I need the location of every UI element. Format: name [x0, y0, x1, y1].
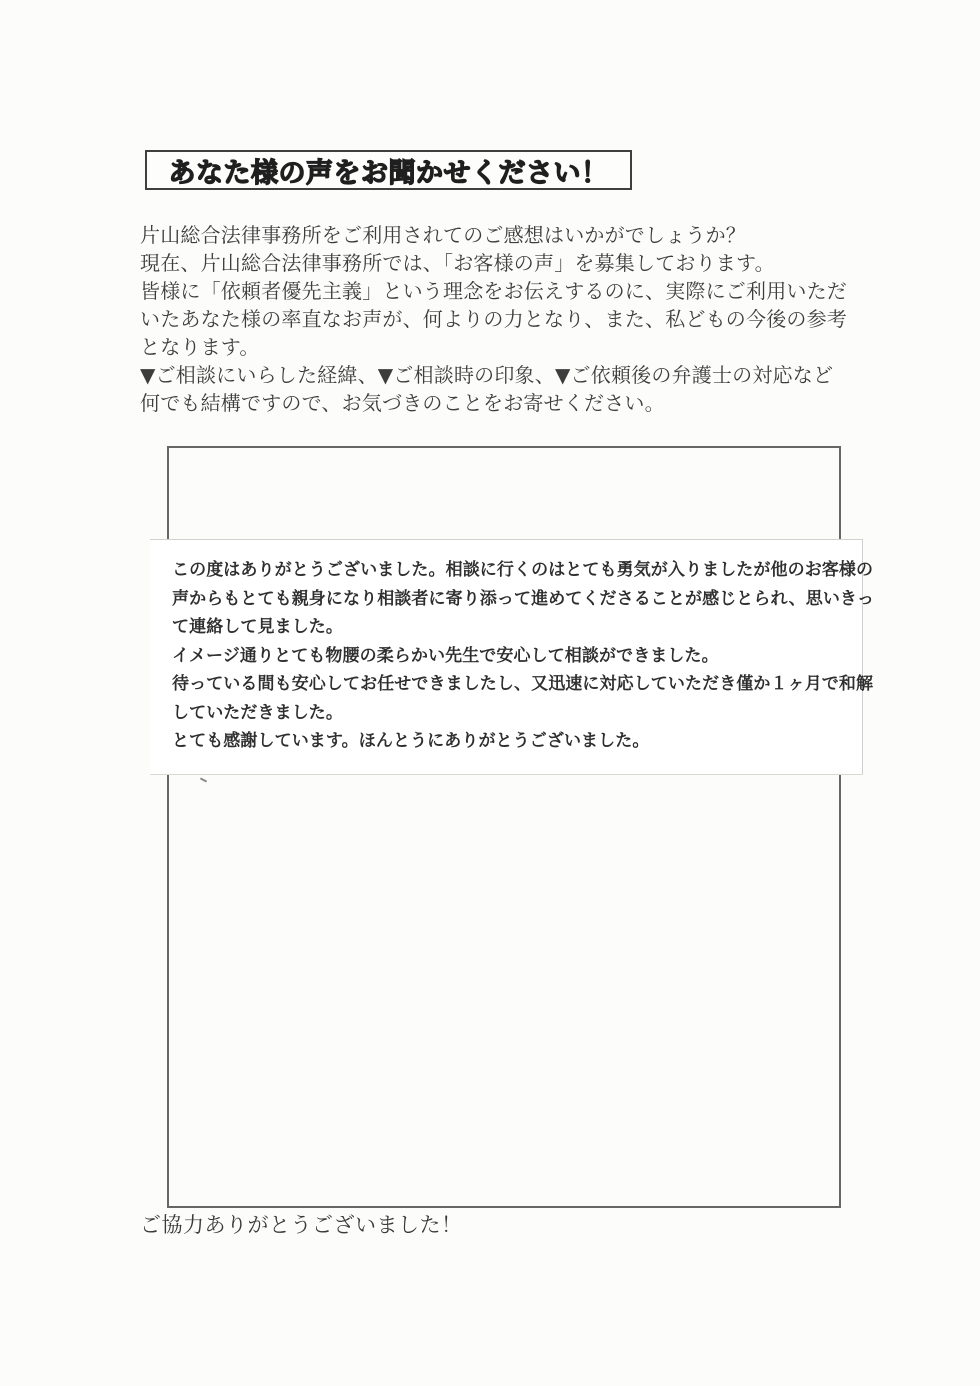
intro-line: ▼ご相談にいらした経緯、▼ご相談時の印象、▼ご依頼後の弁護士の対応など [140, 361, 856, 389]
intro-line: 片山総合法律事務所をご利用されてのご感想はいかがでしょうか？ [140, 221, 856, 249]
intro-line: 何でも結構ですので、お気づきのことをお寄せください。 [140, 389, 856, 417]
intro-line: いたあなた様の率直なお声が、何よりの力となり、また、私どもの今後の参考 [140, 305, 856, 333]
feedback-line: この度はありがとうございました。相談に行くのはとても勇気が入りましたが他のお客様… [172, 556, 860, 585]
feedback-line: 待っている間も安心してお任せできましたし、又迅速に対応していただき僅か１ヶ月で和… [172, 670, 860, 699]
feedback-text: この度はありがとうございました。相談に行くのはとても勇気が入りましたが他のお客様… [172, 556, 860, 756]
intro-paragraph: 片山総合法律事務所をご利用されてのご感想はいかがでしょうか？ 現在、片山総合法律… [140, 221, 856, 417]
feedback-text-strip: この度はありがとうございました。相談に行くのはとても勇気が入りましたが他のお客様… [150, 539, 863, 775]
title-banner: あなた様の声をお聞かせください！ [145, 150, 632, 190]
feedback-line: 声からもとても親身になり相談者に寄り添って進めてくださることが感じとられ、思いき… [172, 585, 860, 614]
closing-note: ご協力ありがとうございました！ [140, 1209, 463, 1239]
feedback-line: とても感謝しています。ほんとうにありがとうございました。 [172, 727, 860, 756]
feedback-line: していただきました。 [172, 699, 860, 728]
intro-line: 皆様に「依頼者優先主義」という理念をお伝えするのに、実際にご利用いただ [140, 277, 856, 305]
intro-line: となります。 [140, 333, 856, 361]
page-title: あなた様の声をお聞かせください！ [169, 151, 609, 190]
feedback-line: て連絡して見ました。 [172, 613, 860, 642]
feedback-line: イメージ通りとても物腰の柔らかい先生で安心して相談ができました。 [172, 642, 860, 671]
intro-line: 現在、片山総合法律事務所では、「お客様の声」を募集しております。 [140, 249, 856, 277]
scanned-document-page: あなた様の声をお聞かせください！ 片山総合法律事務所をご利用されてのご感想はいか… [0, 0, 980, 1386]
